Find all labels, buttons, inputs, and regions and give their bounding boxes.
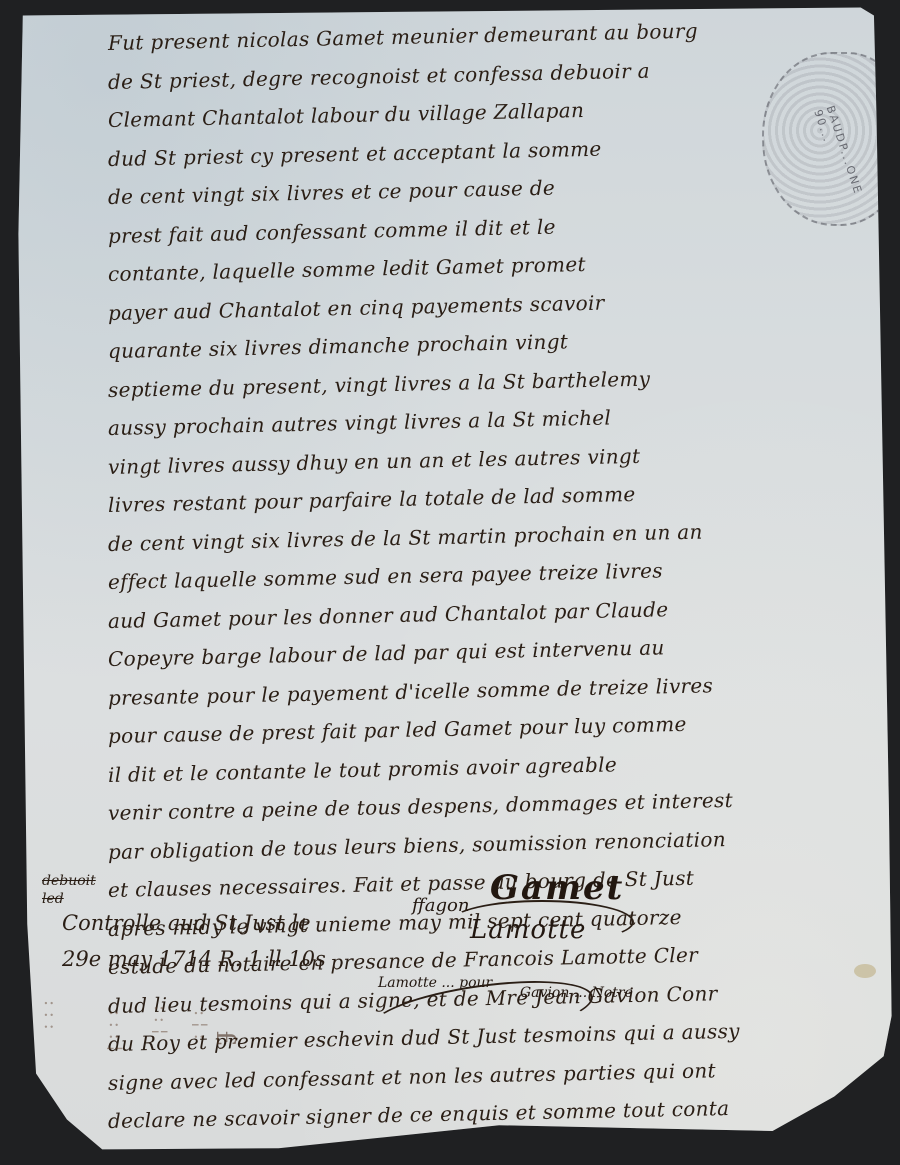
bleed-through-ink: : ¦ : <box>190 1010 211 1040</box>
signature-flourish <box>450 900 634 944</box>
controle-line-2: 29e may 1714 R. 1 ll 10s <box>62 941 326 977</box>
margin-note: debuoit led <box>42 872 96 908</box>
controle-registration-note: Controlle aud St Just le 29e may 1714 R.… <box>62 905 326 977</box>
bleed-through-ink: : : : <box>40 1000 61 1030</box>
bleed-through-ink: £ <box>210 1030 240 1047</box>
margin-note-line: debuoit <box>42 872 96 890</box>
bleed-through-ink: : : ¦ <box>150 1005 171 1035</box>
controle-line-1: Controlle aud St Just le <box>62 905 326 941</box>
bleed-through-ink: : : : ¦ <box>105 1010 126 1051</box>
